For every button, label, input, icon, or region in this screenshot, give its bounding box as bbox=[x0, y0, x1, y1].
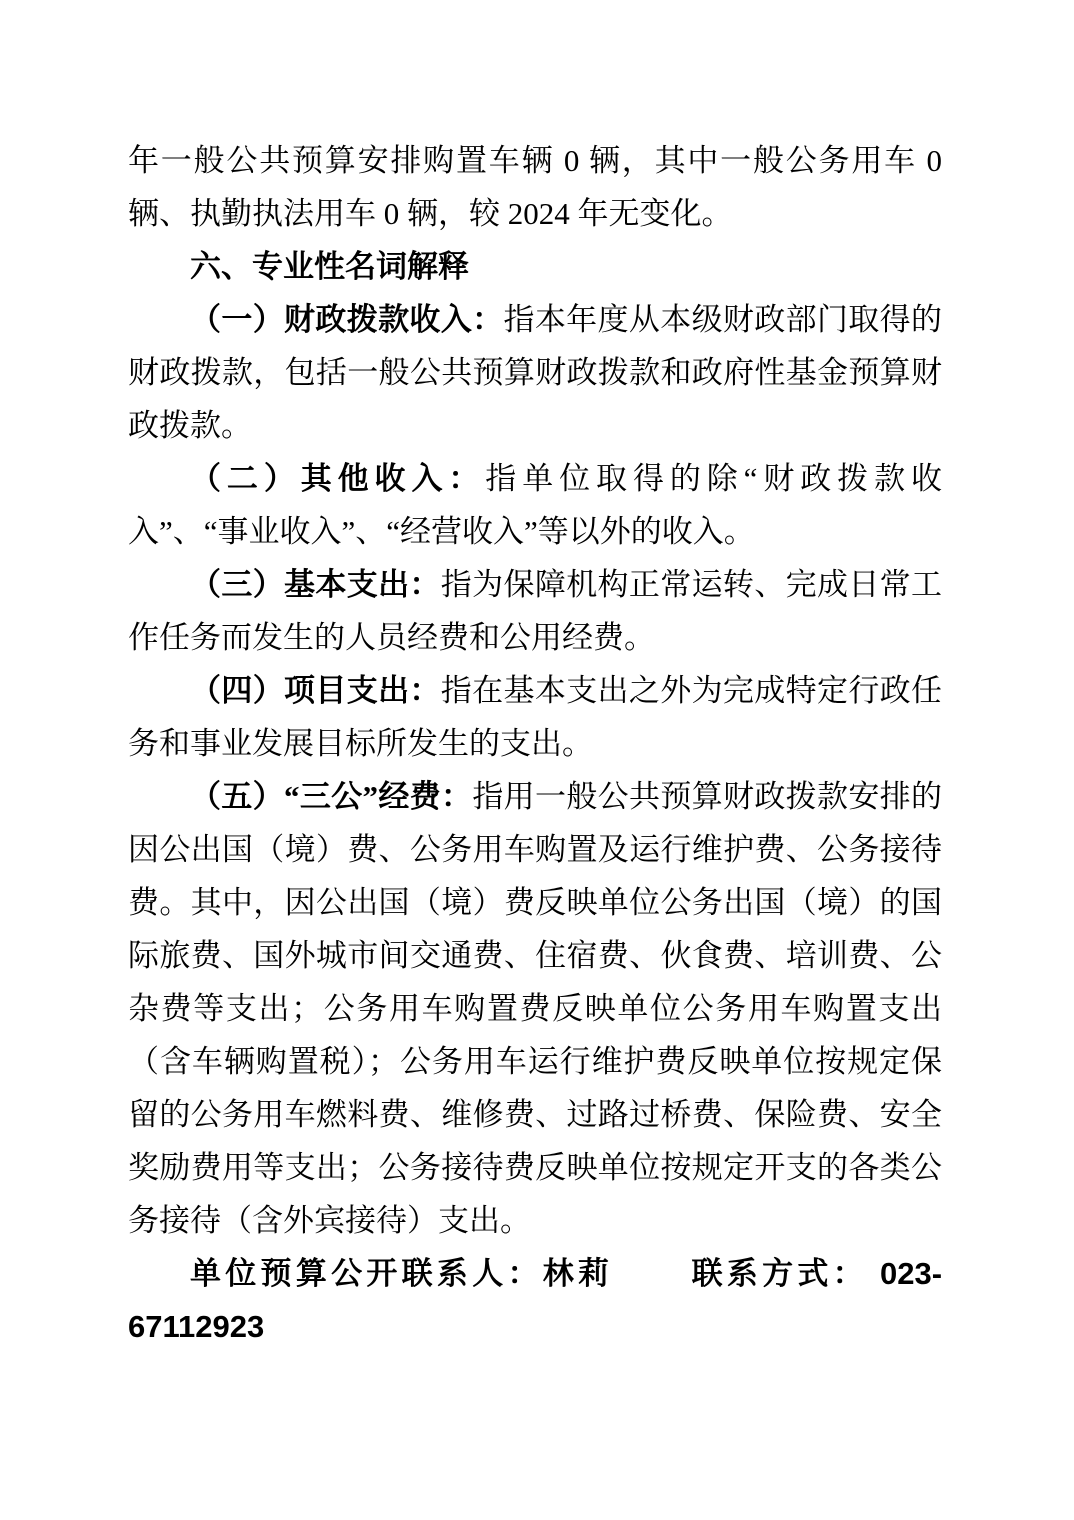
term-label-4: （四）项目支出： bbox=[190, 673, 441, 708]
term-label-2: （二）其他收入： bbox=[190, 461, 485, 496]
term-label-1: （一）财政拨款收入： bbox=[190, 302, 503, 337]
term-paragraph-2: （二）其他收入：指单位取得的除“财政拨款收入”、“事业收入”、“经营收入”等以外… bbox=[128, 452, 942, 558]
term-label-3: （三）基本支出： bbox=[190, 567, 441, 602]
term-paragraph-1: （一）财政拨款收入：指本年度从本级财政部门取得的财政拨款，包括一般公共预算财政拨… bbox=[128, 293, 942, 452]
term-paragraph-4: （四）项目支出：指在基本支出之外为完成特定行政任务和事业发展目标所发生的支出。 bbox=[128, 664, 942, 770]
contact-line: 单位预算公开联系人：林莉联系方式： 023-67112923 bbox=[128, 1247, 942, 1353]
term-paragraph-5: （五）“三公”经费：指用一般公共预算财政拨款安排的因公出国（境）费、公务用车购置… bbox=[128, 770, 942, 1247]
contact-person-label: 单位预算公开联系人：林莉 bbox=[190, 1256, 613, 1291]
term-paragraph-3: （三）基本支出：指为保障机构正常运转、完成日常工作任务而发生的人员经费和公用经费… bbox=[128, 558, 942, 664]
term-definition-5: 指用一般公共预算财政拨款安排的因公出国（境）费、公务用车购置及运行维护费、公务接… bbox=[128, 779, 942, 1238]
document-page: 年一般公共预算安排购置车辆 0 辆，其中一般公务用车 0 辆、执勤执法用车 0 … bbox=[0, 0, 1074, 1520]
document-content: 年一般公共预算安排购置车辆 0 辆，其中一般公务用车 0 辆、执勤执法用车 0 … bbox=[128, 134, 942, 1353]
paragraph-continuation: 年一般公共预算安排购置车辆 0 辆，其中一般公务用车 0 辆、执勤执法用车 0 … bbox=[128, 134, 942, 240]
term-label-5: （五）“三公”经费： bbox=[190, 779, 472, 814]
contact-method-label: 联系方式： bbox=[687, 1256, 868, 1291]
section-heading: 六、专业性名词解释 bbox=[128, 240, 942, 293]
